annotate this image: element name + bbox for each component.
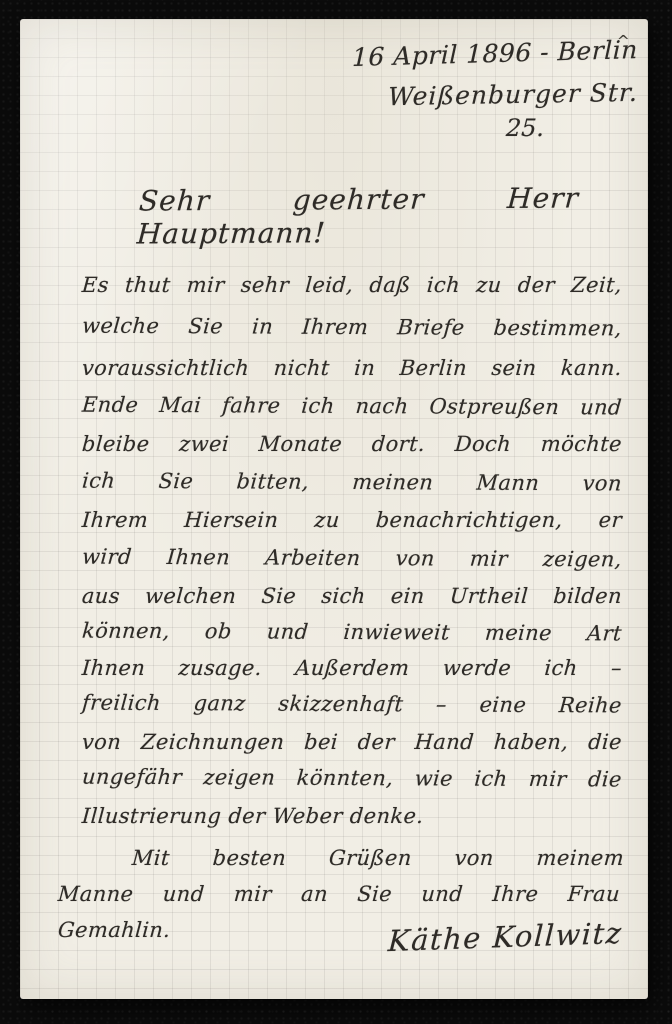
address-number-line: 25. <box>505 114 545 142</box>
body-line: von Zeichnungen bei der Hand haben, die <box>81 730 623 754</box>
body-line: aus welchen Sie sich ein Urtheil bilden <box>81 584 623 608</box>
body-line: bleibe zwei Monate dort. Doch möchte <box>81 432 623 456</box>
body-line: ich Sie bitten, meinen Mann von <box>81 469 623 496</box>
body-line: Ende Mai fahre ich nach Ostpreußen und <box>81 393 623 420</box>
date-place-line: 16 April 1896 - Berlin <box>352 35 638 72</box>
body-line: Es thut mir sehr leid, daß ich zu der Ze… <box>81 273 623 297</box>
closing-line: Manne und mir an Sie und Ihre Frau <box>57 882 621 906</box>
body-line: Ihrem Hiersein zu benachrichtigen, er <box>81 508 623 532</box>
letter-page: ^ 16 April 1896 - Berlin Weißenburger St… <box>20 19 648 999</box>
body-line: Ihnen zusage. Außerdem werde ich – <box>81 656 623 680</box>
signature: Käthe Kollwitz <box>387 916 623 958</box>
body-line: freilich ganz skizzenhaft – eine Reihe <box>81 691 623 718</box>
photograph-black-mat: ^ 16 April 1896 - Berlin Weißenburger St… <box>0 0 672 1024</box>
address-street-line: Weißenburger Str. <box>387 78 638 111</box>
body-line: wird Ihnen Arbeiten von mir zeigen, <box>81 545 623 572</box>
salutation-line: Sehr geehrter Herr Hauptmann! <box>136 181 580 250</box>
body-line: voraussichtlich nicht in Berlin sein kan… <box>81 356 623 380</box>
body-line: können, ob und inwieweit meine Art <box>81 619 623 646</box>
closing-line: Mit besten Grüßen von meinem <box>131 846 625 870</box>
body-line: welche Sie in Ihrem Briefe bestimmen, <box>81 314 623 341</box>
body-line: ungefähr zeigen könnten, wie ich mir die <box>81 765 623 792</box>
body-line: Illustrierung der Weber denke. <box>81 804 623 828</box>
